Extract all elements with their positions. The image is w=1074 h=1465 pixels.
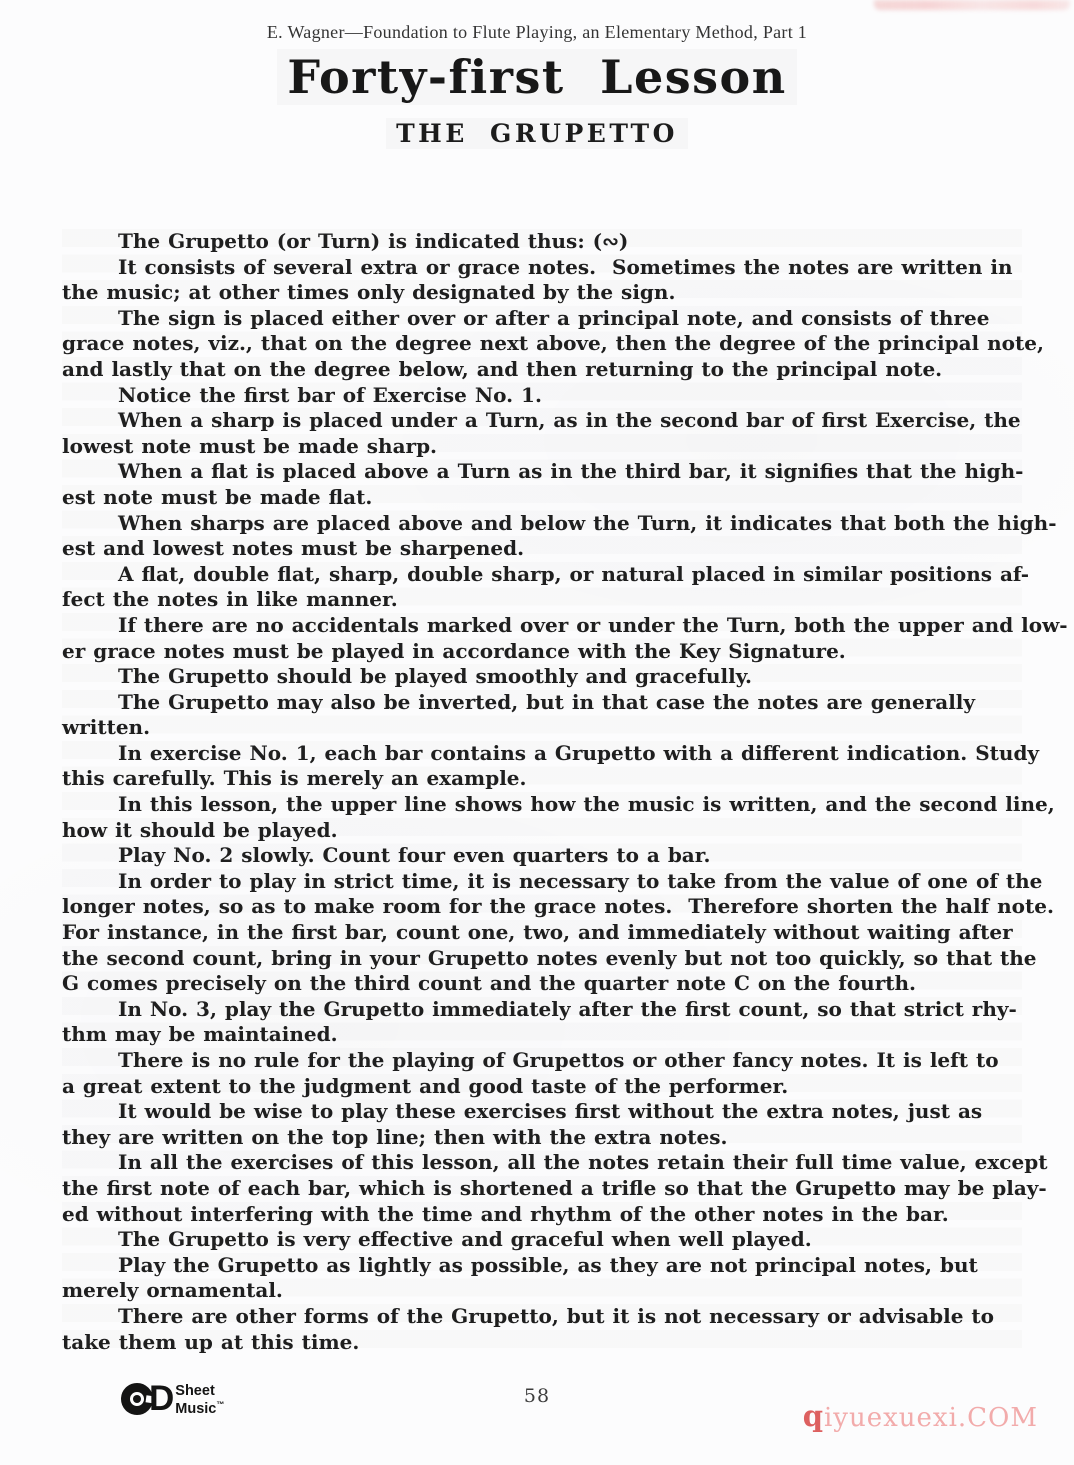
- text-line: In this lesson, the upper line shows how…: [62, 792, 1022, 818]
- paragraph: In exercise No. 1, each bar contains a G…: [62, 741, 1022, 792]
- watermark-domain: .COM: [958, 1403, 1038, 1433]
- text-line: they are written on the top line; then w…: [62, 1125, 1022, 1151]
- text-line: er grace notes must be played in accorda…: [62, 639, 1022, 665]
- paragraph: When a sharp is placed under a Turn, as …: [62, 408, 1022, 459]
- text-line: longer notes, so as to make room for the…: [62, 894, 1022, 920]
- paragraph: The Grupetto (or Turn) is indicated thus…: [62, 229, 1022, 255]
- text-line: It consists of several extra or grace no…: [62, 255, 1022, 281]
- text-line: est note must be made flat.: [62, 485, 1022, 511]
- text-line: A flat, double flat, sharp, double sharp…: [62, 562, 1022, 588]
- text-line: G comes precisely on the third count and…: [62, 971, 1022, 997]
- text-line: merely ornamental.: [62, 1278, 1022, 1304]
- text-line: There is no rule for the playing of Grup…: [62, 1048, 1022, 1074]
- watermark-lead-letter: q: [803, 1399, 824, 1433]
- paragraph: The Grupetto is very effective and grace…: [62, 1227, 1022, 1253]
- text-line: how it should be played.: [62, 818, 1022, 844]
- paragraph: The Grupetto should be played smoothly a…: [62, 664, 1022, 690]
- text-line: Play No. 2 slowly. Count four even quart…: [62, 843, 1022, 869]
- text-line: thm may be maintained.: [62, 1022, 1022, 1048]
- text-line: written.: [62, 715, 1022, 741]
- text-line: Play the Grupetto as lightly as possible…: [62, 1253, 1022, 1279]
- paragraph: In this lesson, the upper line shows how…: [62, 792, 1022, 843]
- text-line: In order to play in strict time, it is n…: [62, 869, 1022, 895]
- paragraph: Play the Grupetto as lightly as possible…: [62, 1253, 1022, 1304]
- text-line: It would be wise to play these exercises…: [62, 1099, 1022, 1125]
- paragraph: A flat, double flat, sharp, double sharp…: [62, 562, 1022, 613]
- watermark-remnant-top: [874, 0, 1070, 10]
- paragraph: There is no rule for the playing of Grup…: [62, 1048, 1022, 1099]
- paragraph: Play No. 2 slowly. Count four even quart…: [62, 843, 1022, 869]
- paragraph: In all the exercises of this lesson, all…: [62, 1150, 1022, 1227]
- text-line: There are other forms of the Grupetto, b…: [62, 1304, 1022, 1330]
- paragraph: When sharps are placed above and below t…: [62, 511, 1022, 562]
- text-line: grace notes, viz., that on the degree ne…: [62, 331, 1022, 357]
- text-line: In exercise No. 1, each bar contains a G…: [62, 741, 1022, 767]
- paragraph: When a flat is placed above a Turn as in…: [62, 459, 1022, 510]
- text-line: When sharps are placed above and below t…: [62, 511, 1022, 537]
- text-line: ed without interfering with the time and…: [62, 1202, 1022, 1228]
- text-line: the music; at other times only designate…: [62, 280, 1022, 306]
- text-line: the first note of each bar, which is sho…: [62, 1176, 1022, 1202]
- lesson-subtitle: THE GRUPETTO: [0, 119, 1074, 148]
- text-line: and lastly that on the degree below, and…: [62, 357, 1022, 383]
- text-line: The Grupetto is very effective and grace…: [62, 1227, 1022, 1253]
- book-credit-header: E. Wagner—Foundation to Flute Playing, a…: [0, 22, 1074, 43]
- lesson-body-text: The Grupetto (or Turn) is indicated thus…: [62, 229, 1022, 1355]
- text-line: For instance, in the first bar, count on…: [62, 920, 1022, 946]
- paragraph: In No. 3, play the Grupetto immediately …: [62, 997, 1022, 1048]
- text-line: lowest note must be made sharp.: [62, 434, 1022, 460]
- text-line: est and lowest notes must be sharpened.: [62, 536, 1022, 562]
- paragraph: There are other forms of the Grupetto, b…: [62, 1304, 1022, 1355]
- text-line: When a flat is placed above a Turn as in…: [62, 459, 1022, 485]
- paragraph: It consists of several extra or grace no…: [62, 255, 1022, 306]
- text-line: If there are no accidentals marked over …: [62, 613, 1022, 639]
- site-watermark: qiyuexuexi.COM: [803, 1399, 1038, 1433]
- text-line: a great extent to the judgment and good …: [62, 1074, 1022, 1100]
- paragraph: If there are no accidentals marked over …: [62, 613, 1022, 664]
- text-line: take them up at this time.: [62, 1330, 1022, 1356]
- text-line: this carefully. This is merely an exampl…: [62, 766, 1022, 792]
- paragraph: In order to play in strict time, it is n…: [62, 869, 1022, 997]
- scanned-book-page: E. Wagner—Foundation to Flute Playing, a…: [0, 0, 1074, 1465]
- paragraph: Notice the first bar of Exercise No. 1.: [62, 383, 1022, 409]
- text-line: the second count, bring in your Grupetto…: [62, 946, 1022, 972]
- lesson-title: Forty-first Lesson: [0, 50, 1074, 104]
- text-line: When a sharp is placed under a Turn, as …: [62, 408, 1022, 434]
- watermark-rest: iyuexuexi: [824, 1403, 958, 1433]
- text-line: Notice the first bar of Exercise No. 1.: [62, 383, 1022, 409]
- text-line: In all the exercises of this lesson, all…: [62, 1150, 1022, 1176]
- paragraph: The Grupetto may also be inverted, but i…: [62, 690, 1022, 741]
- text-line: fect the notes in like manner.: [62, 587, 1022, 613]
- text-line: The sign is placed either over or after …: [62, 306, 1022, 332]
- text-line: The Grupetto should be played smoothly a…: [62, 664, 1022, 690]
- paragraph: It would be wise to play these exercises…: [62, 1099, 1022, 1150]
- text-line: In No. 3, play the Grupetto immediately …: [62, 997, 1022, 1023]
- text-line: The Grupetto may also be inverted, but i…: [62, 690, 1022, 716]
- paragraph: The sign is placed either over or after …: [62, 306, 1022, 383]
- text-line: The Grupetto (or Turn) is indicated thus…: [62, 229, 1022, 255]
